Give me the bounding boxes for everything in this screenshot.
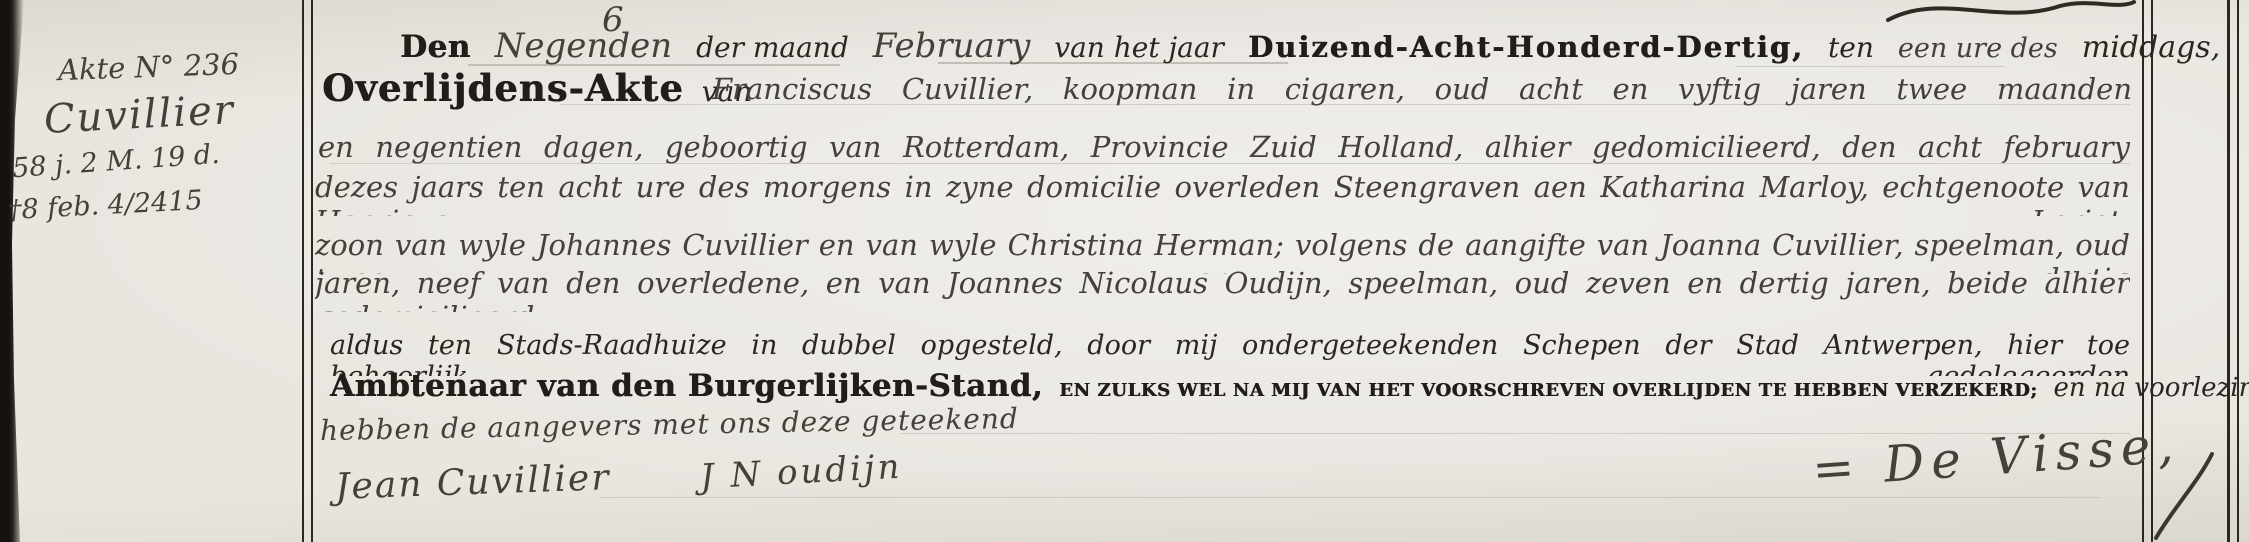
handwritten-month: February xyxy=(873,26,1031,66)
handwritten-line-6: jaren, neef van den overledene, en van J… xyxy=(315,266,2130,312)
signature-official: = De Visse, xyxy=(1810,415,2182,499)
record-line-1: Den Negenden der maand February van het … xyxy=(400,26,2220,66)
signature-declarant-1: Jean Cuvillier xyxy=(334,457,611,508)
printed-van-het-jaar: van het jaar xyxy=(1054,31,1224,64)
printed-closing-clause: en na voorlezing dezer, xyxy=(2054,373,2249,403)
printed-official-title: Ambtenaar van den Burgerlijken-Stand, xyxy=(330,368,1043,404)
printed-year: Duizend-Acht-Honderd-Dertig, xyxy=(1248,30,1804,64)
printed-ten: ten xyxy=(1828,31,1874,64)
guide-line-4 xyxy=(600,497,2100,498)
handwritten-time: een ure des xyxy=(1898,33,2058,64)
printed-der-maand: der maand xyxy=(696,31,849,64)
printed-assurance-clause: EN ZULKS WEL NA MIJ VAN HET VOORSCHREVEN… xyxy=(1059,380,2037,401)
ink-flourish-top-icon xyxy=(1880,0,2140,24)
handwritten-day: Negenden xyxy=(495,26,672,66)
record-line-2: Overlijdens-Akte van xyxy=(322,66,752,110)
printed-den-label: Den xyxy=(400,29,471,65)
margin-akte-number: Akte N° 236 xyxy=(57,47,239,87)
printed-middags: middags, xyxy=(2082,30,2220,65)
signature-declarant-2: J N oudijn xyxy=(699,447,903,498)
handwritten-line-3: en negentien dagen, geboortig van Rotter… xyxy=(318,130,2130,164)
margin-name: Cuvillier xyxy=(43,87,236,143)
margin-age-note: 58 j. 2 M. 19 d. xyxy=(11,139,221,184)
ink-flourish-stroke-icon xyxy=(2150,452,2220,542)
fill-line-time xyxy=(1735,66,2005,67)
scan-edge-left xyxy=(0,0,26,542)
day-correction-mark: 6 xyxy=(602,0,624,40)
record-title: Overlijdens-Akte xyxy=(322,66,684,110)
handwritten-line-4: dezes jaars ten acht ure des morgens in … xyxy=(315,170,2130,216)
margin-column-divider xyxy=(302,0,313,542)
record-line-8: Ambtenaar van den Burgerlijken-Stand, EN… xyxy=(330,368,2249,404)
margin-date-note: †8 feb. 4/2415 xyxy=(7,185,203,226)
frame-line-right-outer xyxy=(2227,0,2239,542)
handwritten-deceased-details: Franciscus Cuvillier, koopman in cigaren… xyxy=(712,72,2132,106)
handwritten-closing-line: hebben de aangevers met ons deze geteeke… xyxy=(320,402,1019,447)
scanned-death-record: Akte N° 236 Cuvillier 58 j. 2 M. 19 d. †… xyxy=(0,0,2249,542)
